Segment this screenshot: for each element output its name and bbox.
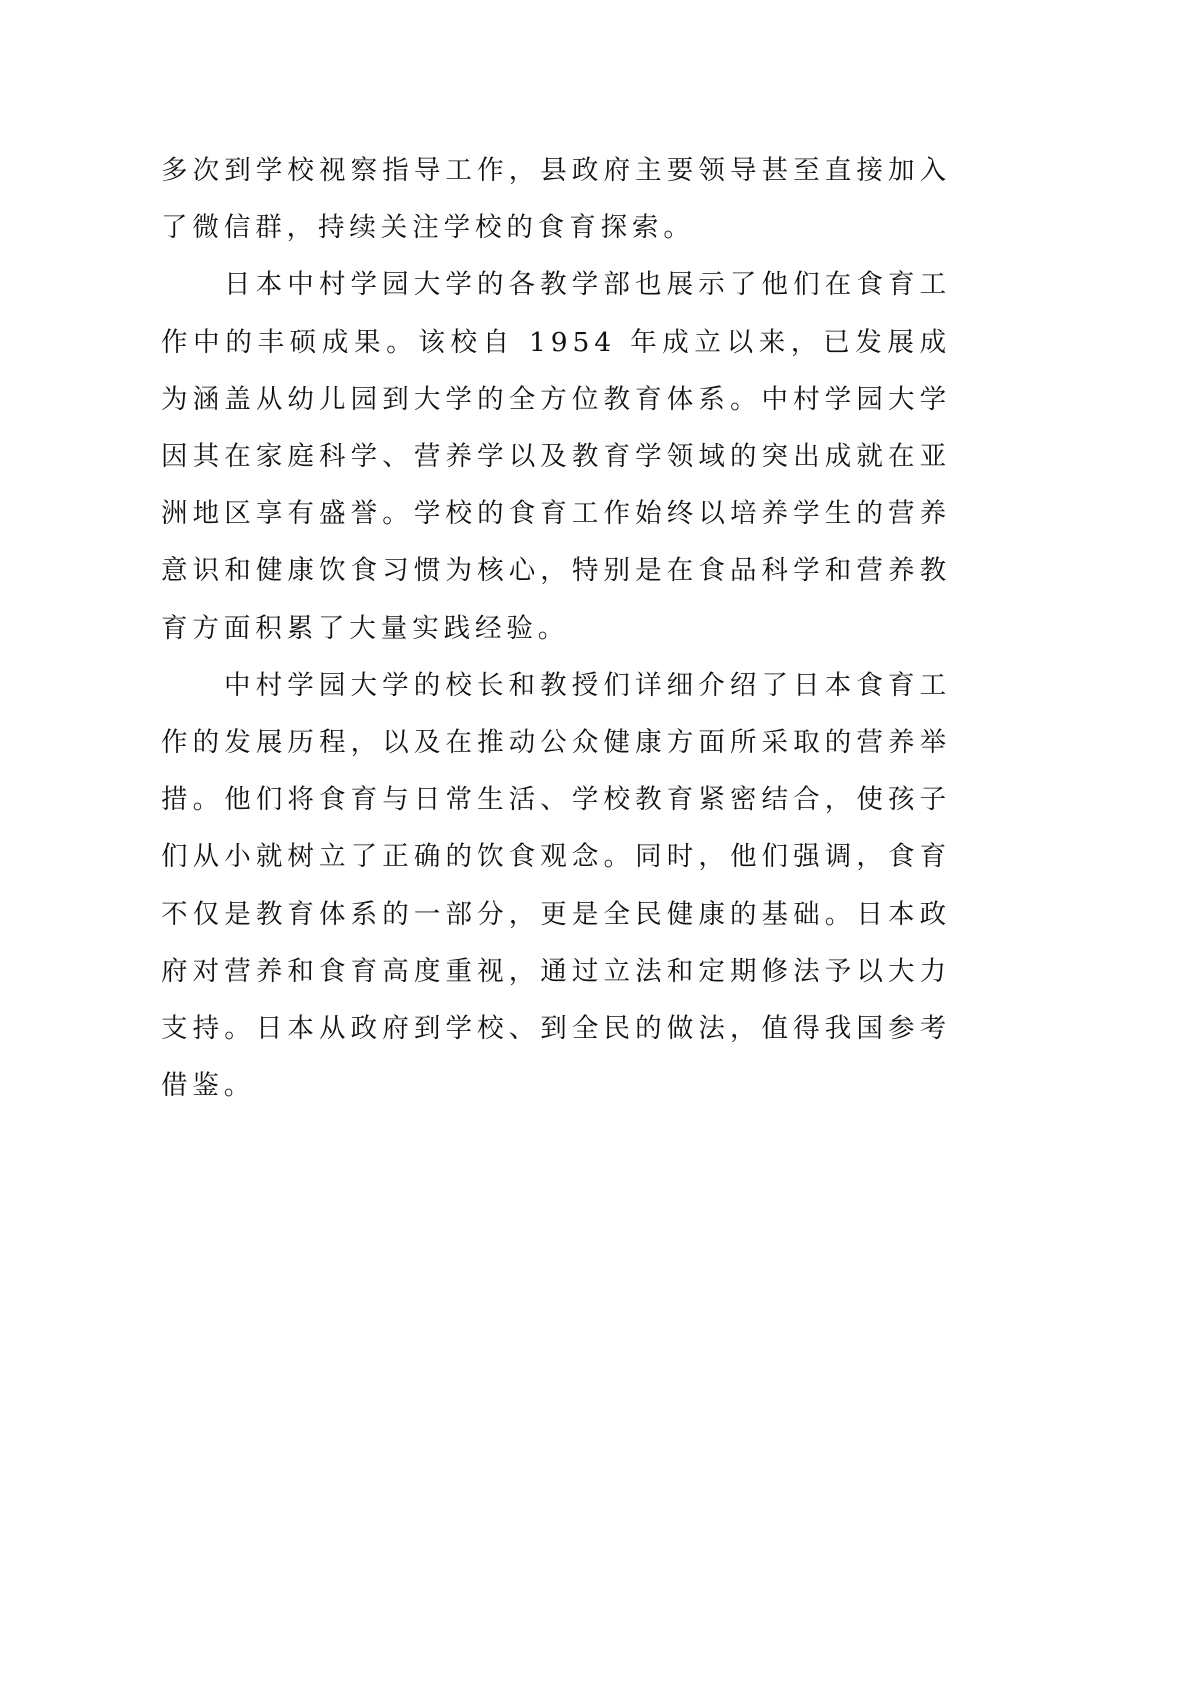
paragraph-japan-food-education: 中村学园大学的校长和教授们详细介绍了日本食育工作的发展历程，以及在推动公众健康方… bbox=[161, 657, 951, 1115]
paragraph-continuation: 多次到学校视察指导工作，县政府主要领导甚至直接加入了微信群，持续关注学校的食育探… bbox=[161, 142, 951, 256]
paragraph-nakamura-gakuen: 日本中村学园大学的各教学部也展示了他们在食育工作中的丰硕成果。该校自 1954 … bbox=[161, 256, 951, 656]
document-page: 多次到学校视察指导工作，县政府主要领导甚至直接加入了微信群，持续关注学校的食育探… bbox=[161, 142, 951, 1114]
